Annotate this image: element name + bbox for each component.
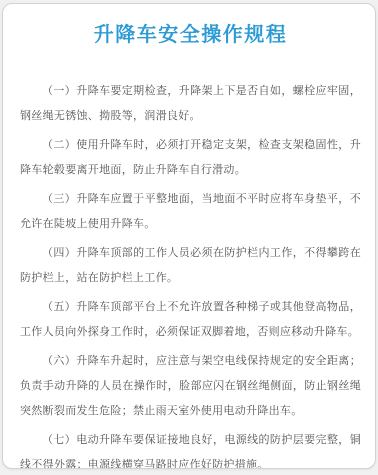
regulation-paragraph-3: （三）升降车应置于平整地面，当地面不平时应将车身垫平，不允许在陡坡上使用升降车。 [20,186,361,236]
page-title: 升降车安全操作规程 [20,18,361,47]
regulation-paragraph-1: （一）升降车要定期检查，升降架上下是否自如，螺栓应牢固，钢丝绳无锈蚀、拗股等，润… [20,78,361,128]
document-body: （一）升降车要定期检查，升降架上下是否自如，螺栓应牢固，钢丝绳无锈蚀、拗股等，润… [20,78,361,469]
regulation-paragraph-4: （四）升降车顶部的工作人员必须在防护栏内工作，不得攀跨在防护栏上，站在防护栏上工… [20,240,361,290]
regulation-paragraph-7: （七）电动升降车要保证接地良好，电源线的防护层要完整，铜线不得外露；电源线横穿马… [20,427,361,469]
regulation-paragraph-5: （五）升降车顶部平台上不允许放置各种梯子或其他登高物品，工作人员向外探身工作时，… [20,294,361,344]
document-card: 升降车安全操作规程 （一）升降车要定期检查，升降架上下是否自如，螺栓应牢固，钢丝… [2,3,376,469]
regulation-paragraph-6: （六）升降车升起时，应注意与架空电线保持规定的安全距离；负责手动升降的人员在操作… [20,348,361,423]
regulation-paragraph-2: （二）使用升降车时，必须打开稳定支架，检查支架稳固性，升降车轮毂要离开地面，防止… [20,132,361,182]
